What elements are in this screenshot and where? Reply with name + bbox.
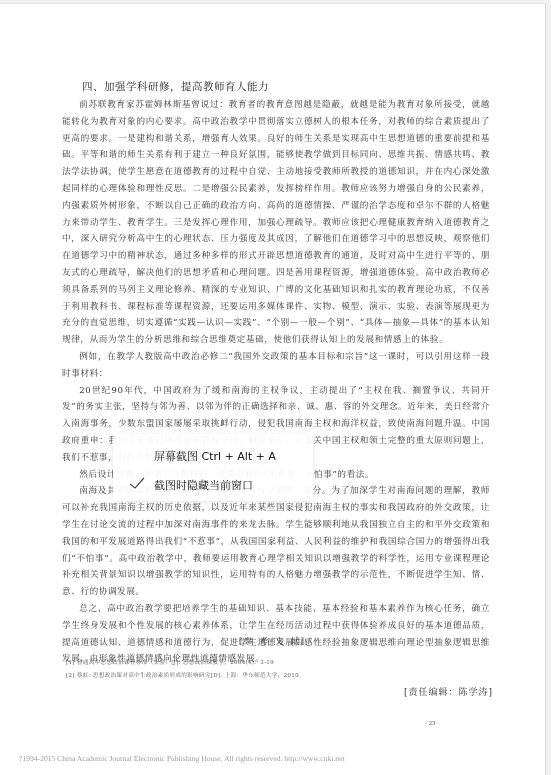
screenshot-context-menu: 屏幕截图 Ctrl + Alt + A 截图时隐藏当前窗口: [113, 434, 313, 501]
menu-item-screenshot[interactable]: 屏幕截图 Ctrl + Alt + A: [113, 442, 313, 468]
section-title: 四、加强学科研修，提高教师育人能力: [82, 79, 269, 94]
checkmark-icon: [129, 476, 145, 490]
copyright-footer: ?1994-2015 China Academic Journal Electr…: [19, 754, 345, 763]
menu-item-label: 截图时隐藏当前窗口: [154, 477, 253, 493]
menu-item-label: 屏幕截图 Ctrl + Alt + A: [154, 448, 276, 464]
paragraph-2: 例如，在教学人教版高中政治必修二“我国外交政策的基本目标和宗旨”这一课时，可以引…: [62, 349, 490, 383]
body-text: 前苏联教育家苏霍姆林斯基曾说过：教育者的教育意图越是隐蔽，就越是能为教育对象所接…: [62, 97, 490, 668]
menu-item-hide-window-on-screenshot[interactable]: 截图时隐藏当前窗口: [113, 471, 313, 497]
reference-2: [2] 蔡虹. 思想政治课对高中生政治素质形成的影响研究[D]. 上海：华东师范…: [66, 671, 301, 679]
paragraph-1: 前苏联教育家苏霍姆林斯基曾说过：教育者的教育意图越是隐蔽，就越是能为教育对象所接…: [62, 97, 490, 349]
references-title: [参 考 文 献]: [0, 635, 545, 647]
reference-1: [1] 普通高中思想政治课程标准（实验）[J]. 思想政治课教学，2004(4)…: [66, 658, 274, 666]
responsible-editor: [责任编辑：陈学涛]: [404, 685, 493, 698]
page-number: · 23 ·: [425, 720, 439, 727]
document-page: 四、加强学科研修，提高教师育人能力 前苏联教育家苏霍姆林斯基曾说过：教育者的教育…: [0, 3, 546, 775]
